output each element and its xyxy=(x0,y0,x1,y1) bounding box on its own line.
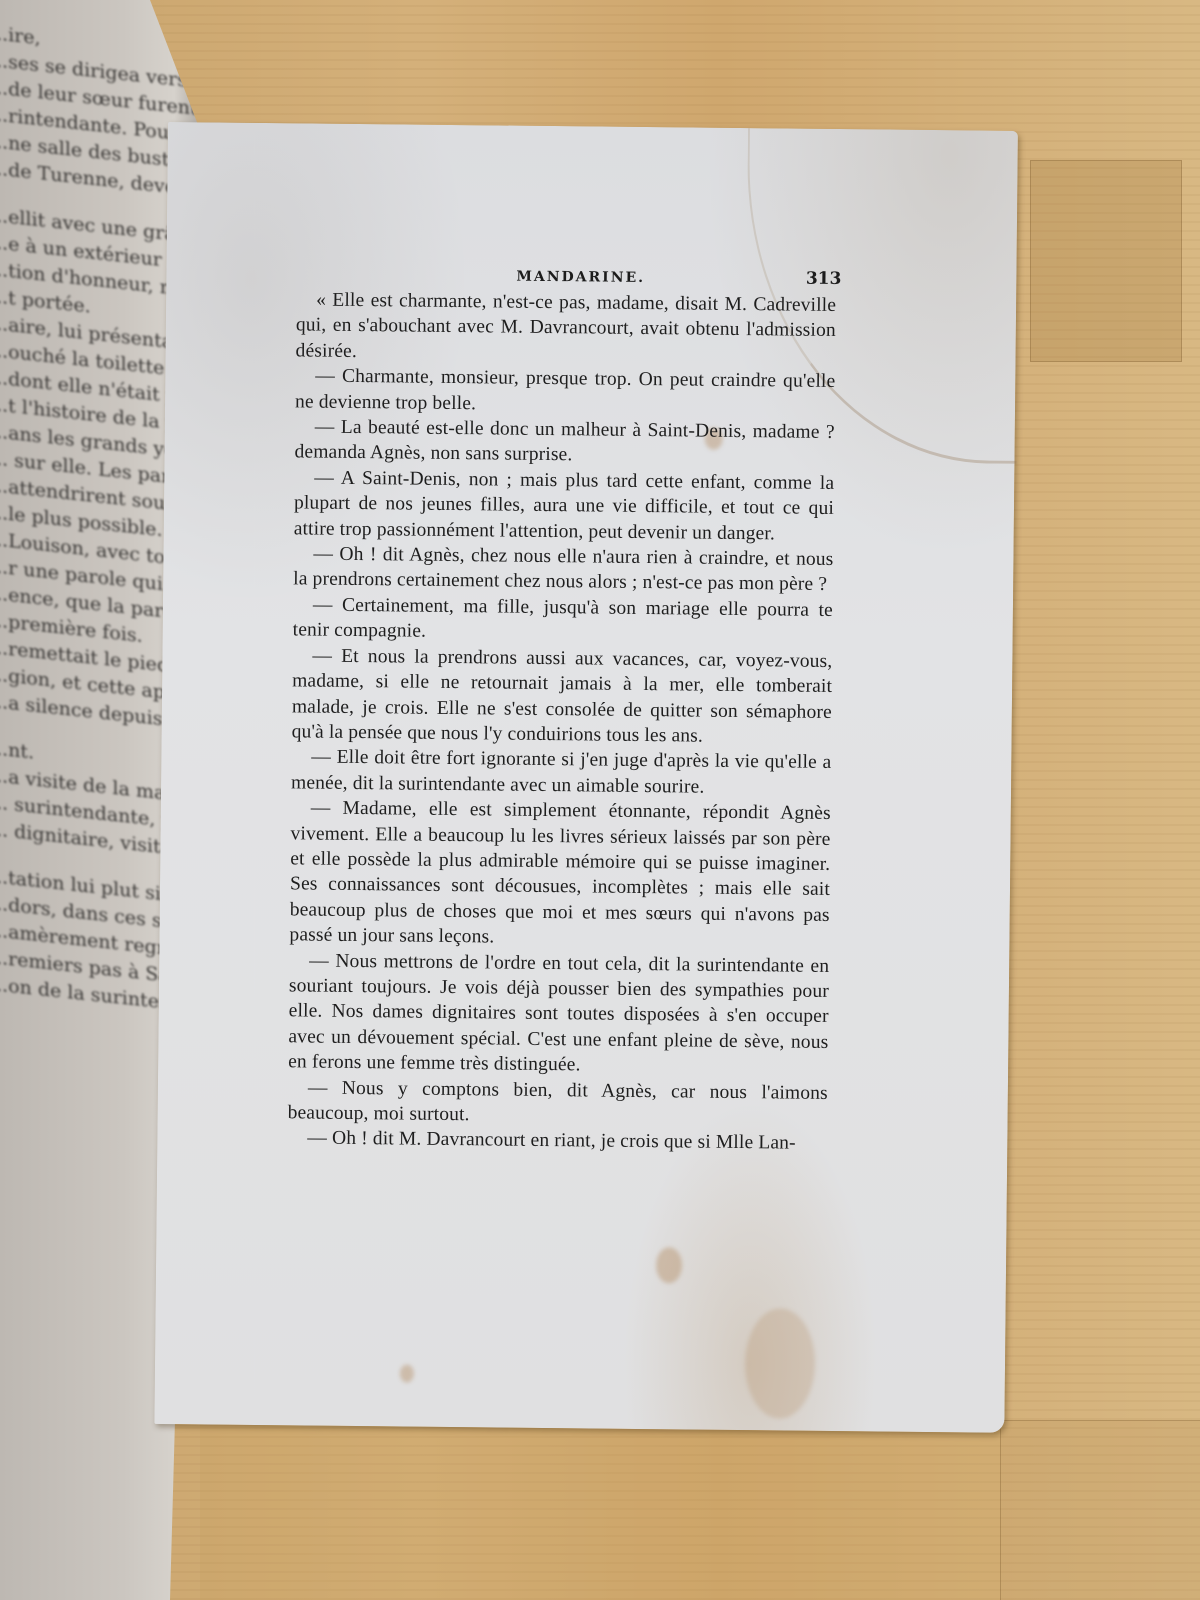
foxing-spot xyxy=(656,1247,682,1283)
paragraph: — Et nous la prendrons aussi aux vacance… xyxy=(291,643,832,750)
paragraph: — Elle doit être fort ignorante si j'en … xyxy=(291,745,832,801)
foxing-spot xyxy=(744,1308,815,1419)
paragraph: — La beauté est-elle donc un malheur à S… xyxy=(294,414,835,470)
paragraph: « Elle est charmante, n'est-ce pas, mada… xyxy=(295,287,836,369)
paragraph: — Oh ! dit M. Davrancourt en riant, je c… xyxy=(287,1126,827,1157)
wood-table-panel xyxy=(1030,160,1182,362)
running-head: MANDARINE. 313 xyxy=(296,263,841,289)
paragraph: — Madame, elle est simplement étonnante,… xyxy=(289,795,831,953)
wood-table-panel xyxy=(200,1420,1000,1600)
body-text: « Elle est charmante, n'est-ce pas, mada… xyxy=(287,287,836,1156)
paragraph: — A Saint-Denis, non ; mais plus tard ce… xyxy=(294,465,835,547)
paragraph: — Nous y comptons bien, dit Agnès, car n… xyxy=(287,1075,828,1131)
paragraph: — Charmante, monsieur, presque trop. On … xyxy=(295,364,836,420)
running-title: MANDARINE. xyxy=(516,269,645,286)
paragraph: — Oh ! dit Agnès, chez nous elle n'aura … xyxy=(293,541,834,597)
paragraph: — Nous mettrons de l'ordre en tout cela,… xyxy=(288,948,829,1081)
paragraph: — Certainement, ma fille, jusqu'à son ma… xyxy=(293,592,834,648)
wood-table-panel xyxy=(1000,1420,1200,1600)
foxing-spot xyxy=(400,1364,414,1382)
page-number: 313 xyxy=(806,269,842,289)
right-page: MANDARINE. 313 « Elle est charmante, n'e… xyxy=(154,122,1018,1433)
